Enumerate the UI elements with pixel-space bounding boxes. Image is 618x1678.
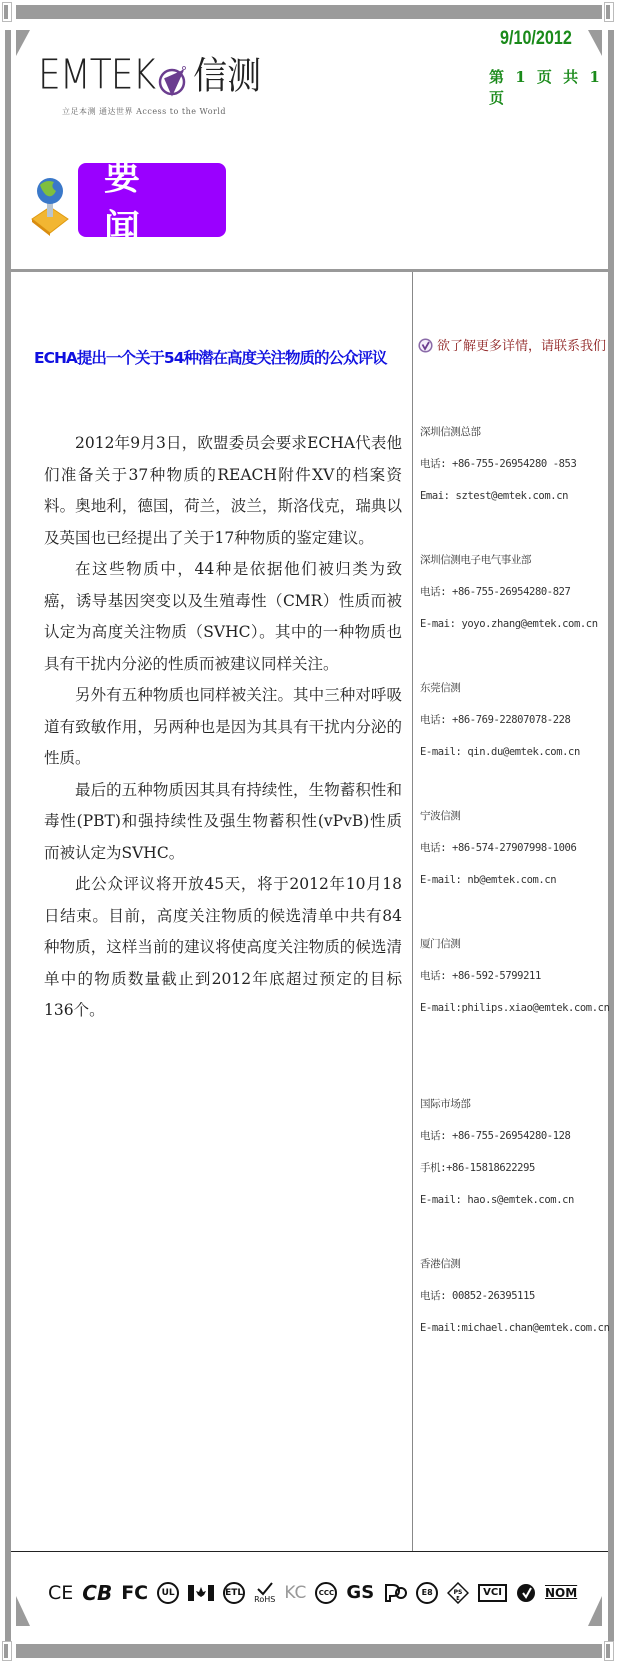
contact-ningbo: 宁波信测 电话: +86-574-27907998-1006 E-mail: n… <box>420 808 576 904</box>
contact-phone: 电话: +86-592-5799211 <box>420 968 610 1000</box>
contact-phone: 电话: +86-769-22807078-228 <box>420 712 580 744</box>
page-info: 第 1 页 共 1 页 <box>489 66 618 108</box>
fcc-icon: FC <box>121 1584 148 1603</box>
frame-corner-triangle <box>588 1596 602 1626</box>
frame-bottom-bar <box>16 1644 602 1658</box>
article-paragraph: 此公众评议将开放45天，将于2012年10月18日结束。目前，高度关注物质的候选… <box>44 869 402 1027</box>
contact-name: 深圳信测总部 <box>420 424 576 456</box>
tagline: 立足本测 通达世界 Access to the World <box>62 106 226 117</box>
rohs-icon: RoHS <box>254 1582 275 1604</box>
contact-international: 国际市场部 电话: +86-755-26954280-128 手机:+86-15… <box>420 1096 574 1224</box>
contact-email[interactable]: E-mai: yoyo.zhang@emtek.com.cn <box>420 616 598 648</box>
contact-email[interactable]: E-mail: qin.du@emtek.com.cn <box>420 744 580 776</box>
contact-xiamen: 厦门信测 电话: +86-592-5799211 E-mail:philips.… <box>420 936 610 1032</box>
contact-phone: 电话: +86-755-26954280-128 <box>420 1128 574 1160</box>
contact-dongguan: 东莞信测 电话: +86-769-22807078-228 E-mail: qi… <box>420 680 580 776</box>
pct-icon <box>383 1583 407 1603</box>
article-body: 2012年9月3日，欧盟委员会要求ECHA代表他们准备关于37种物质的REACH… <box>44 428 402 1027</box>
contact-name: 深圳信测电子电气事业部 <box>420 552 598 584</box>
certification-logos: CE CB FC UL ETL RoHS KC CCC GS E8 PSE VC… <box>48 1582 577 1604</box>
contact-phone: 电话: +86-755-26954280-827 <box>420 584 598 616</box>
rohs-label: RoHS <box>254 1596 275 1604</box>
contact-email[interactable]: Emai: sztest@emtek.com.cn <box>420 488 576 520</box>
frame-corner <box>604 2 614 22</box>
logo-check-icon <box>157 64 187 102</box>
frame-corner-triangle <box>16 1596 30 1626</box>
c-tick-icon <box>516 1583 536 1603</box>
ccc-icon: CCC <box>315 1582 337 1604</box>
contact-name: 厦门信测 <box>420 936 610 968</box>
cb-scheme-icon: CB <box>82 1583 112 1603</box>
nom-icon: NOM <box>545 1587 577 1599</box>
contact-name: 国际市场部 <box>420 1096 574 1128</box>
contact-phone: 电话: 00852-26395115 <box>420 1288 610 1320</box>
section-badge-news: 要闻 <box>78 163 226 237</box>
frame-right-bar <box>608 30 614 1658</box>
globe-icon <box>28 173 72 241</box>
contact-name: 香港信测 <box>420 1256 610 1288</box>
frame-left-bar <box>5 30 11 1658</box>
vci-icon: VCI <box>478 1584 507 1602</box>
ce-mark-icon: CE <box>48 1584 73 1603</box>
gs-icon: GS <box>346 1584 374 1602</box>
e-mark-icon: E8 <box>416 1582 438 1604</box>
article-paragraph: 在这些物质中，44种是依据他们被归类为致癌，诱导基因突变以及生殖毒性（CMR）性… <box>44 554 402 680</box>
logo-text: EMTEK <box>38 52 155 99</box>
article-paragraph: 最后的五种物质因其具有持续性，生物蓄积性和毒性(PBT)和强持续性及强生物蓄积性… <box>44 775 402 870</box>
kc-icon: KC <box>284 1585 306 1602</box>
frame-corner <box>2 1641 12 1661</box>
contact-email[interactable]: E-mail: hao.s@emtek.com.cn <box>420 1192 574 1224</box>
contact-shenzhen-hq: 深圳信测总部 电话: +86-755-26954280 -853 Emai: s… <box>420 424 576 520</box>
ul-icon: UL <box>157 1582 179 1604</box>
contact-name: 宁波信测 <box>420 808 576 840</box>
header-divider <box>11 269 608 272</box>
check-circle-icon <box>418 338 433 357</box>
contact-phone: 电话: +86-574-27907998-1006 <box>420 840 576 872</box>
contact-email[interactable]: E-mail: nb@emtek.com.cn <box>420 872 576 904</box>
contact-email[interactable]: E-mail:michael.chan@emtek.com.cn <box>420 1320 610 1352</box>
contact-email[interactable]: E-mail:philips.xiao@emtek.com.cn <box>420 1000 610 1032</box>
contact-us-cta[interactable]: 欲了解更多详情，请联系我们 <box>418 335 606 357</box>
company-logo: EMTEK信测 <box>38 48 261 102</box>
article-paragraph: 2012年9月3日，欧盟委员会要求ECHA代表他们准备关于37种物质的REACH… <box>44 428 402 554</box>
contact-phone: 电话: +86-755-26954280 -853 <box>420 456 576 488</box>
etl-icon: ETL <box>223 1582 245 1604</box>
issue-date: 9/10/2012 <box>500 28 572 50</box>
contact-hongkong: 香港信测 电话: 00852-26395115 E-mail:michael.c… <box>420 1256 610 1352</box>
column-divider <box>412 272 413 1552</box>
svg-text:PS: PS <box>454 1589 463 1596</box>
logo-cn-text: 信测 <box>193 46 261 100</box>
article-title[interactable]: ECHA提出一个关于54种潜在高度关注物质的公众评议 <box>34 346 406 368</box>
frame-corner <box>2 2 12 22</box>
contact-mobile: 手机:+86-15818622295 <box>420 1160 574 1192</box>
frame-corner-triangle <box>588 30 602 56</box>
pse-icon: PSE <box>447 1582 469 1604</box>
svg-text:E: E <box>456 1596 460 1602</box>
contact-cta-label: 欲了解更多详情，请联系我们 <box>437 339 606 354</box>
contact-shenzhen-ee: 深圳信测电子电气事业部 电话: +86-755-26954280-827 E-m… <box>420 552 598 648</box>
frame-top-bar <box>16 5 602 19</box>
article-paragraph: 另外有五种物质也同样被关注。其中三种对呼吸道有致敏作用，另两种也是因为其具有干扰… <box>44 680 402 775</box>
frame-corner <box>604 1641 614 1661</box>
footer-divider <box>11 1551 608 1552</box>
contact-name: 东莞信测 <box>420 680 580 712</box>
csa-canada-icon <box>188 1585 214 1601</box>
frame-corner-triangle <box>16 30 30 56</box>
